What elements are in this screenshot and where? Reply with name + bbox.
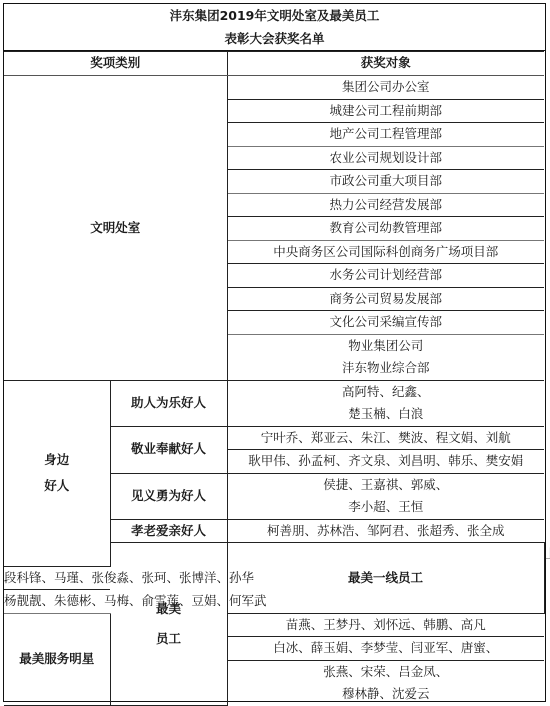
recipient-cell: 耿甲伟、孙孟柯、齐文泉、刘昌明、韩乐、樊安娟 (227, 450, 544, 474)
subcategory-service-star: 最美服务明星 (4, 613, 110, 706)
recipient-line: 楚玉楠、白浪 (228, 403, 545, 426)
award-list-document: 沣东集团2019年文明处室及最美员工 表彰大会获奖名单 奖项类别 获奖对象 文明… (3, 3, 546, 702)
category-line: 好人 (4, 473, 110, 499)
recipient-line: 侯捷、王嘉祺、郭威、 (228, 474, 545, 497)
title-line-2: 表彰大会获奖名单 (4, 27, 545, 50)
recipient-line: 高阿特、纪鑫、 (228, 381, 545, 404)
recipient-cell: 商务公司贸易发展部 (227, 287, 544, 311)
recipient-line: 物业集团公司 (228, 335, 545, 358)
table-row: 文明处室 集团公司办公室 (4, 76, 544, 100)
table-row: 身边 好人 助人为乐好人 高阿特、纪鑫、 楚玉楠、白浪 (4, 380, 544, 426)
recipient-cell: 物业集团公司 沣东物业综合部 (227, 334, 544, 380)
recipient-cell: 地产公司工程管理部 (227, 123, 544, 147)
recipient-cell: 热力公司经营发展部 (227, 193, 544, 217)
subcategory-frontline: 最美一线员工 (227, 543, 544, 614)
recipient-line: 李小超、王恒 (228, 496, 545, 519)
recipient-cell: 城建公司工程前期部 (227, 99, 544, 123)
recipient-cell: 侯捷、王嘉祺、郭威、 李小超、王恒 (227, 473, 544, 519)
recipient-line: 沣东物业综合部 (228, 357, 545, 380)
category-line: 员工 (111, 624, 227, 654)
category-line: 身边 (4, 447, 110, 473)
document-title: 沣东集团2019年文明处室及最美员工 表彰大会获奖名单 (4, 4, 545, 51)
subcategory-filial: 孝老爱亲好人 (110, 519, 227, 543)
table-row: 最美服务明星 苗燕、王梦丹、刘怀远、韩鹏、高凡 (4, 613, 544, 637)
header-category: 奖项类别 (4, 52, 227, 76)
subcategory-helpful: 助人为乐好人 (110, 380, 227, 426)
recipient-cell: 市政公司重大项目部 (227, 170, 544, 194)
subcategory-dedicated: 敬业奉献好人 (110, 426, 227, 473)
recipient-cell: 白冰、薛玉娟、李梦莹、闫亚军、唐蜜、 (227, 637, 544, 661)
recipient-cell: 农业公司规划设计部 (227, 146, 544, 170)
recipient-cell: 张燕、宋荣、吕金凤、 穆林静、沈爱云 (227, 660, 544, 706)
title-line-1: 沣东集团2019年文明处室及最美员工 (4, 4, 545, 27)
recipient-line: 穆林静、沈爱云 (228, 683, 545, 706)
category-best-employees: 最美 员工 (110, 543, 227, 706)
recipient-cell: 苗燕、王梦丹、刘怀远、韩鹏、高凡 (227, 613, 544, 637)
recipient-cell: 中央商务区公司国际科创商务广场项目部 (227, 240, 544, 264)
recipient-line: 张燕、宋荣、吕金凤、 (228, 661, 545, 684)
recipient-cell: 水务公司计划经营部 (227, 264, 544, 288)
recipient-cell: 柯善朋、苏林浩、邹阿君、张超秀、张全成 (227, 519, 544, 543)
category-good-people: 身边 好人 (4, 380, 110, 566)
category-civilized-office: 文明处室 (4, 76, 227, 381)
recipient-cell: 教育公司幼教管理部 (227, 217, 544, 241)
recipient-cell: 杨靓靓、朱德彬、马梅、俞雪莲、豆娟、何军武 (4, 590, 110, 614)
recipient-cell: 文化公司采编宣传部 (227, 311, 544, 335)
award-table: 奖项类别 获奖对象 文明处室 集团公司办公室 城建公司工程前期部 地产公司工程管… (4, 51, 544, 706)
header-recipients: 获奖对象 (227, 52, 544, 76)
recipient-cell: 宁叶乔、郑亚云、朱江、樊波、程文娟、刘航 (227, 426, 544, 450)
recipient-cell: 段科锋、马瑾、张俊淼、张珂、张博洋、孙华 (4, 566, 110, 590)
recipient-cell: 集团公司办公室 (227, 76, 544, 100)
recipient-cell: 高阿特、纪鑫、 楚玉楠、白浪 (227, 380, 544, 426)
subcategory-brave: 见义勇为好人 (110, 473, 227, 519)
header-row: 奖项类别 获奖对象 (4, 52, 544, 76)
